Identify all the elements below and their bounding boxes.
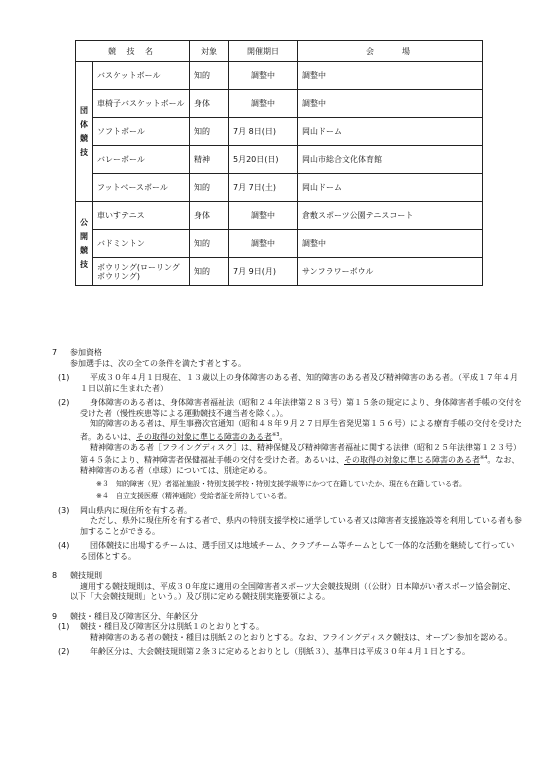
event-venue: 調整中 (298, 62, 483, 90)
table-row: ソフトボール 知的 7月 8日(日) 岡山ドーム (76, 118, 483, 146)
list-item: (1) 平成３０年４月１日現在、１３歳以上の身体障害のある者、知的障害のある者及… (52, 373, 522, 394)
section-title: 参加資格 (70, 348, 102, 357)
table-header-row: 競 技 名 対象 開催期日 会 場 (76, 41, 483, 62)
section-title: 競技・種目及び障害区分、年齢区分 (70, 612, 198, 621)
event-dates: 調整中 (229, 90, 298, 118)
event-dates: 調整中 (229, 230, 298, 258)
underlined-text: その取得の対象に準じる障害のある者 (344, 456, 480, 465)
body-text: 7参加資格 参加選手は、次の全ての条件を満たす者とする。 (1) 平成３０年４月… (52, 348, 522, 658)
event-target: 知的 (190, 230, 229, 258)
event-target: 精神 (190, 146, 229, 174)
event-target: 身体 (190, 90, 229, 118)
section-number: 9 (52, 612, 70, 623)
item-paragraph: 身体障害のある者は、身体障害者福祉法（昭和２４年法律第２８３号）第１５条の規定に… (80, 398, 522, 419)
event-venue: 調整中 (298, 90, 483, 118)
footnote: ※４ 自立支援医療（精神通院）受給者証を所持している者。 (52, 491, 522, 502)
header-target: 対象 (190, 41, 229, 62)
item-paragraph: 精神障害のある者［フライングディスク］は、精神保健及び精神障害者福祉に関する法律… (80, 443, 522, 477)
item-mark: (4) (58, 541, 69, 552)
item-paragraph: 岡山県内に現住所を有する者。 (80, 506, 522, 517)
underlined-text: その取得の対象に準じる障害のある者 (136, 432, 272, 441)
event-dates: 7月 8日(日) (229, 118, 298, 146)
section-9-heading: 9競技・種目及び障害区分、年齢区分 (52, 612, 522, 623)
event-name: ボウリング(ローリングボウリング) (93, 258, 190, 286)
list-item: (2) 年齢区分は、大会競技規則第２条３に定めるとおりとし（別紙３）、基準日は平… (52, 647, 522, 658)
event-name: 車椅子バスケットボール (93, 90, 190, 118)
events-table: 競 技 名 対象 開催期日 会 場 団体競技 バスケットボール 知的 調整中 調… (75, 40, 483, 286)
list-item: (1) 競技・種目及び障害区分は別紙１のとおりとする。 精神障害のある者の競技・… (52, 622, 522, 643)
note-text: 知的障害（児）者福祉施設・特別支援学校・特別支援学級等にかつて在籍していたか、現… (116, 480, 466, 488)
document-page: 競 技 名 対象 開催期日 会 場 団体競技 バスケットボール 知的 調整中 調… (0, 0, 543, 768)
item-paragraph: 競技・種目及び障害区分は別紙１のとおりとする。 (80, 622, 522, 633)
list-item: (4) 団体競技に出場するチームは、選手団又は地域チーム、クラブチーム等チームと… (52, 541, 522, 562)
section-number: 8 (52, 571, 70, 582)
item-paragraph: 精神障害のある者の競技・種目は別紙２のとおりとする。なお、フライングディスク競技… (80, 633, 522, 644)
section-8-heading: 8競技規則 (52, 571, 522, 582)
event-target: 知的 (190, 174, 229, 202)
header-venue: 会 場 (298, 41, 483, 62)
note-mark: ※３ (96, 479, 109, 490)
footnote: ※３ 知的障害（児）者福祉施設・特別支援学校・特別支援学級等にかつて在籍していた… (52, 479, 522, 490)
event-name: ソフトボール (93, 118, 190, 146)
item-text: 年齢区分は、大会競技規則第２条３に定めるとおりとし（別紙３）、基準日は平成３０年… (80, 647, 522, 658)
event-target: 知的 (190, 118, 229, 146)
item-mark: (1) (58, 622, 69, 633)
item-mark: (2) (58, 647, 69, 658)
table-row: 車椅子バスケットボール 身体 調整中 調整中 (76, 90, 483, 118)
note-mark: ※４ (96, 491, 109, 502)
list-item: (3) 岡山県内に現住所を有する者。 ただし、県外に現住所を有する者で、県内の特… (52, 506, 522, 538)
event-venue: 岡山ドーム (298, 174, 483, 202)
event-venue: 調整中 (298, 230, 483, 258)
event-name: バドミントン (93, 230, 190, 258)
item-text: 団体競技に出場するチームは、選手団又は地域チーム、クラブチーム等チームとして一体… (80, 541, 522, 562)
note-text: 自立支援医療（精神通院）受給者証を所持している者。 (116, 492, 291, 500)
table-row: フットベースボール 知的 7月 7日(土) 岡山ドーム (76, 174, 483, 202)
list-item: (2) 身体障害のある者は、身体障害者福祉法（昭和２４年法律第２８３号）第１５条… (52, 398, 522, 477)
event-dates: 調整中 (229, 202, 298, 230)
text-run: 。 (279, 432, 287, 441)
item-mark: (3) (58, 506, 69, 517)
event-venue: 岡山市総合文化体育館 (298, 146, 483, 174)
group-label: 公開競技 (76, 202, 93, 286)
event-venue: サンフラワーボウル (298, 258, 483, 286)
table-row: 団体競技 バスケットボール 知的 調整中 調整中 (76, 62, 483, 90)
item-mark: (1) (58, 373, 69, 384)
item-paragraph: ただし、県外に現住所を有する者で、県内の特別支援学校に通学している者又は障害者支… (80, 516, 522, 537)
section-7-heading: 7参加資格 (52, 348, 522, 359)
event-target: 身体 (190, 202, 229, 230)
header-event: 競 技 名 (76, 41, 190, 62)
event-target: 知的 (190, 62, 229, 90)
event-dates: 7月 7日(土) (229, 174, 298, 202)
table-row: ボウリング(ローリングボウリング) 知的 7月 9日(月) サンフラワーボウル (76, 258, 483, 286)
event-name: バスケットボール (93, 62, 190, 90)
event-venue: 倉敷スポーツ公園テニスコート (298, 202, 483, 230)
table-row: 公開競技 車いすテニス 身体 調整中 倉敷スポーツ公園テニスコート (76, 202, 483, 230)
section-number: 7 (52, 348, 70, 359)
table-row: バドミントン 知的 調整中 調整中 (76, 230, 483, 258)
item-text: 平成３０年４月１日現在、１３歳以上の身体障害のある者、知的障害のある者及び精神障… (80, 373, 522, 394)
item-paragraph: 知的障害のある者は、厚生事務次官通知（昭和４８年９月２７日厚生省発児第１５６号）… (80, 419, 522, 443)
table-row: バレーボール 精神 5月20日(日) 岡山市総合文化体育館 (76, 146, 483, 174)
item-mark: (2) (58, 398, 69, 409)
event-venue: 岡山ドーム (298, 118, 483, 146)
event-target: 知的 (190, 258, 229, 286)
group-label: 団体競技 (76, 62, 93, 202)
header-dates: 開催期日 (229, 41, 298, 62)
event-dates: 5月20日(日) (229, 146, 298, 174)
event-name: フットベースボール (93, 174, 190, 202)
section-7-intro: 参加選手は、次の全ての条件を満たす者とする。 (52, 359, 522, 370)
event-dates: 7月 9日(月) (229, 258, 298, 286)
event-name: 車いすテニス (93, 202, 190, 230)
event-dates: 調整中 (229, 62, 298, 90)
section-title: 競技規則 (70, 571, 102, 580)
event-name: バレーボール (93, 146, 190, 174)
section-8-text: 適用する競技規則は、平成３０年度に適用の全国障害者スポーツ大会競技規則（（公財）… (52, 582, 522, 603)
